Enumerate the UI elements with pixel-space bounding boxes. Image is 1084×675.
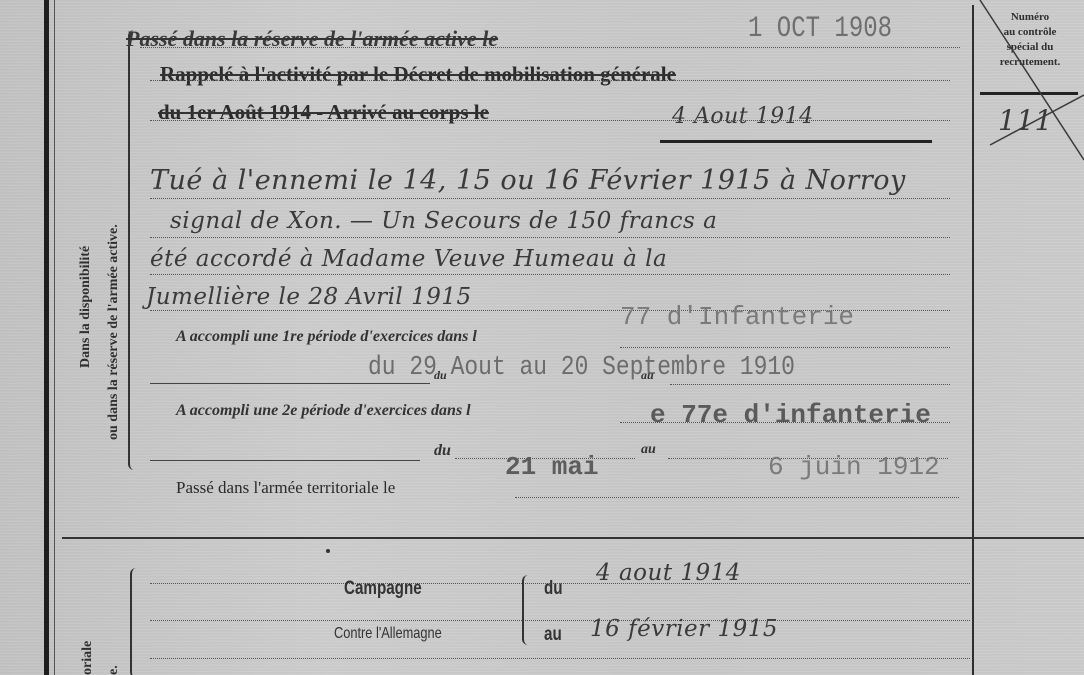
side-label-line1: Dans la disponibilité <box>78 246 94 368</box>
first-period-date-rule-left <box>150 383 430 384</box>
note-rule-3 <box>150 274 950 275</box>
first-period-du-label: du <box>434 368 447 383</box>
section-brace-upper <box>128 30 138 470</box>
side-label-line2: ou dans la réserve de l'armée active. <box>106 224 122 440</box>
second-period-from-stamp: 21 mai <box>505 452 599 482</box>
campaign-rule-2 <box>150 620 970 621</box>
note-rule-2 <box>150 237 950 238</box>
recall-label-line1: Rappelé à l'activité par le Décret de mo… <box>160 62 676 87</box>
side-label-lower-line2: e. <box>106 665 122 675</box>
second-period-to-stamp: 6 juin 1912 <box>768 452 940 482</box>
cross-out-strokes <box>960 0 1084 170</box>
reserve-passage-line <box>140 47 960 48</box>
second-period-label: A accompli une 2e période d'exercices da… <box>176 402 471 420</box>
note-rule-1 <box>150 198 950 199</box>
second-period-unit-rule <box>620 422 950 423</box>
reserve-passage-date-stamp: 1 OCT 1908 <box>748 12 892 46</box>
campaign-brace <box>522 575 530 645</box>
handwritten-note-line2: signal de Xon. — Un Secours de 150 franc… <box>170 208 717 234</box>
ink-dot <box>326 549 330 553</box>
campaign-enemy-label: Contre l'Allemagne <box>334 625 442 643</box>
campaign-rule-3 <box>150 658 970 659</box>
recall-arrival-date: 4 Aout 1914 <box>672 104 814 129</box>
campaign-to-date: 16 février 1915 <box>590 616 778 642</box>
reserve-passage-label: Passé dans la réserve de l'armée active … <box>126 26 498 52</box>
second-period-au-label: au <box>641 442 656 458</box>
first-period-dates-stamp: du 29 Aout au 20 Septembre 1910 <box>368 353 795 383</box>
side-label-lower-line1: oriale <box>80 641 96 675</box>
campaign-label: Campagne <box>344 578 422 600</box>
section-brace-lower <box>130 568 140 675</box>
left-margin-thin-rule <box>54 0 55 675</box>
campaign-au-label: au <box>544 624 562 646</box>
first-period-label: A accompli une 1re période d'exercices d… <box>176 328 477 346</box>
campaign-du-label: du <box>544 578 563 600</box>
territorial-label: Passé dans l'armée territoriale le <box>176 478 395 498</box>
first-period-unit-stamp: 77 d'Infanterie <box>620 302 854 332</box>
second-period-du-label: du <box>434 442 451 460</box>
handwritten-note-line3: été accordé à Madame Veuve Humeau à la <box>150 246 667 272</box>
left-margin-rule <box>44 0 49 675</box>
recall-label-line2: du 1er Août 1914 - Arrivé au corps le <box>158 100 489 125</box>
territorial-rule <box>515 497 959 498</box>
recall-arrival-underline <box>660 140 932 143</box>
first-period-au-label: au <box>641 368 654 383</box>
handwritten-note-line4: Jumellière le 28 Avril 1915 <box>146 284 472 310</box>
first-period-date-rule-right <box>670 384 950 385</box>
section-divider <box>62 537 1084 539</box>
campaign-from-date: 4 aout 1914 <box>596 560 741 586</box>
first-period-unit-rule <box>620 347 950 348</box>
second-period-date-rule-left <box>150 460 420 461</box>
handwritten-note-line1: Tué à l'ennemi le 14, 15 ou 16 Février 1… <box>150 165 906 196</box>
recall-line2-rule <box>150 120 950 121</box>
second-period-unit-stamp: e 77e d'infanterie <box>650 400 931 430</box>
recall-line1-rule <box>150 80 950 81</box>
